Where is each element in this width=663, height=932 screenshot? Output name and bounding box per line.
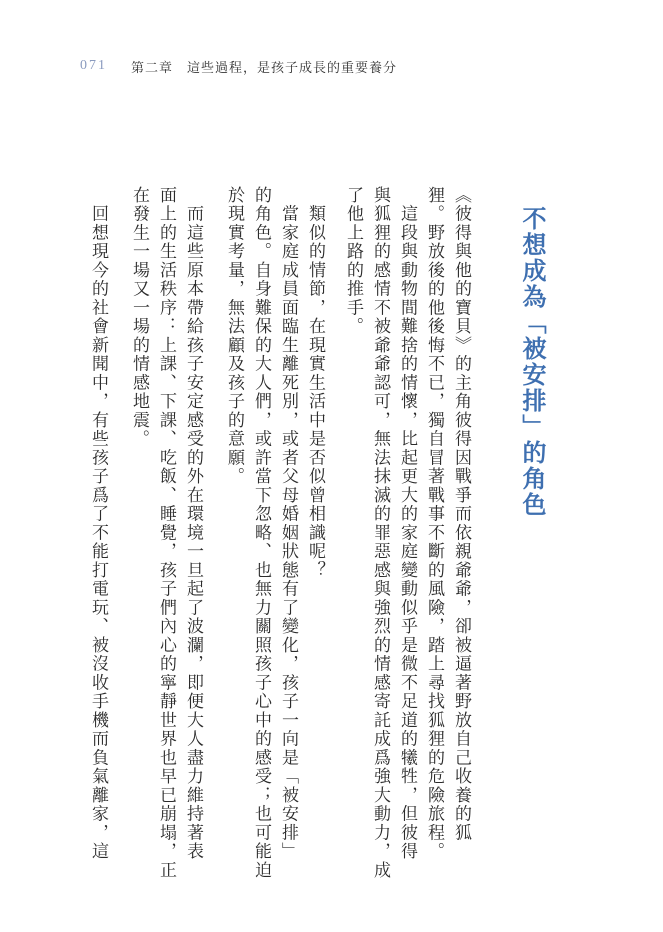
text-column: 這段與動物間難捨的情懷，比起更大的家庭變動似乎是微不足道的犧牲，但彼得 [398, 186, 416, 861]
text-column: 類似的情節，在現實生活中是否似曾相識呢？ [306, 186, 324, 580]
text-column: 狸。野放後的他後悔不已，獨自冒著戰事不斷的風險，踏上尋找狐狸的危險旅程。 [425, 186, 443, 861]
text-column: 了他上路的推手。 [344, 186, 362, 336]
chapter-label: 第二章這些過程，是孩子成長的重要養分 [131, 57, 397, 76]
chapter-title: 這些過程，是孩子成長的重要養分 [187, 61, 397, 76]
text-column: 《彼得與他的寶貝》的主角彼得因戰爭而依親爺爺，卻被逼著野放自己收養的狐 [452, 186, 470, 842]
running-header: 071 第二章這些過程，是孩子成長的重要養分 [80, 56, 397, 76]
text-column: 當家庭成員面臨生離死別，或者父母婚姻狀態有了變化，孩子一向是「被安排」 [279, 186, 297, 861]
page-number: 071 [80, 58, 107, 74]
text-column: 的角色。自身難保的大人們，或許當下忽略、也無力關照孩子心中的感受；也可能迫 [252, 186, 270, 880]
text-column: 回想現今的社會新聞中，有些孩子爲了不能打電玩、被沒收手機而負氣離家，這 [89, 186, 107, 861]
text-column: 而這些原本帶給孩子安定感受的外在環境一旦起了波瀾，即便大人盡力維持著表 [184, 186, 202, 861]
text-column: 與狐狸的感情不被爺爺認可，無法抹滅的罪惡感與強烈的情感寄託成爲強大動力，成 [371, 186, 389, 880]
chapter-number: 第二章 [131, 61, 173, 76]
section-title: 不想成為「被安排」的角色 [515, 206, 550, 518]
text-column: 於現實考量，無法顧及孩子的意願。 [225, 186, 243, 486]
text-column: 在發生一場又一場的情感地震。 [130, 186, 148, 449]
text-column: 面上的生活秩序：上課、下課、吃飯、睡覺，孩子們內心的寧靜世界也早已崩塌，正 [157, 186, 175, 880]
